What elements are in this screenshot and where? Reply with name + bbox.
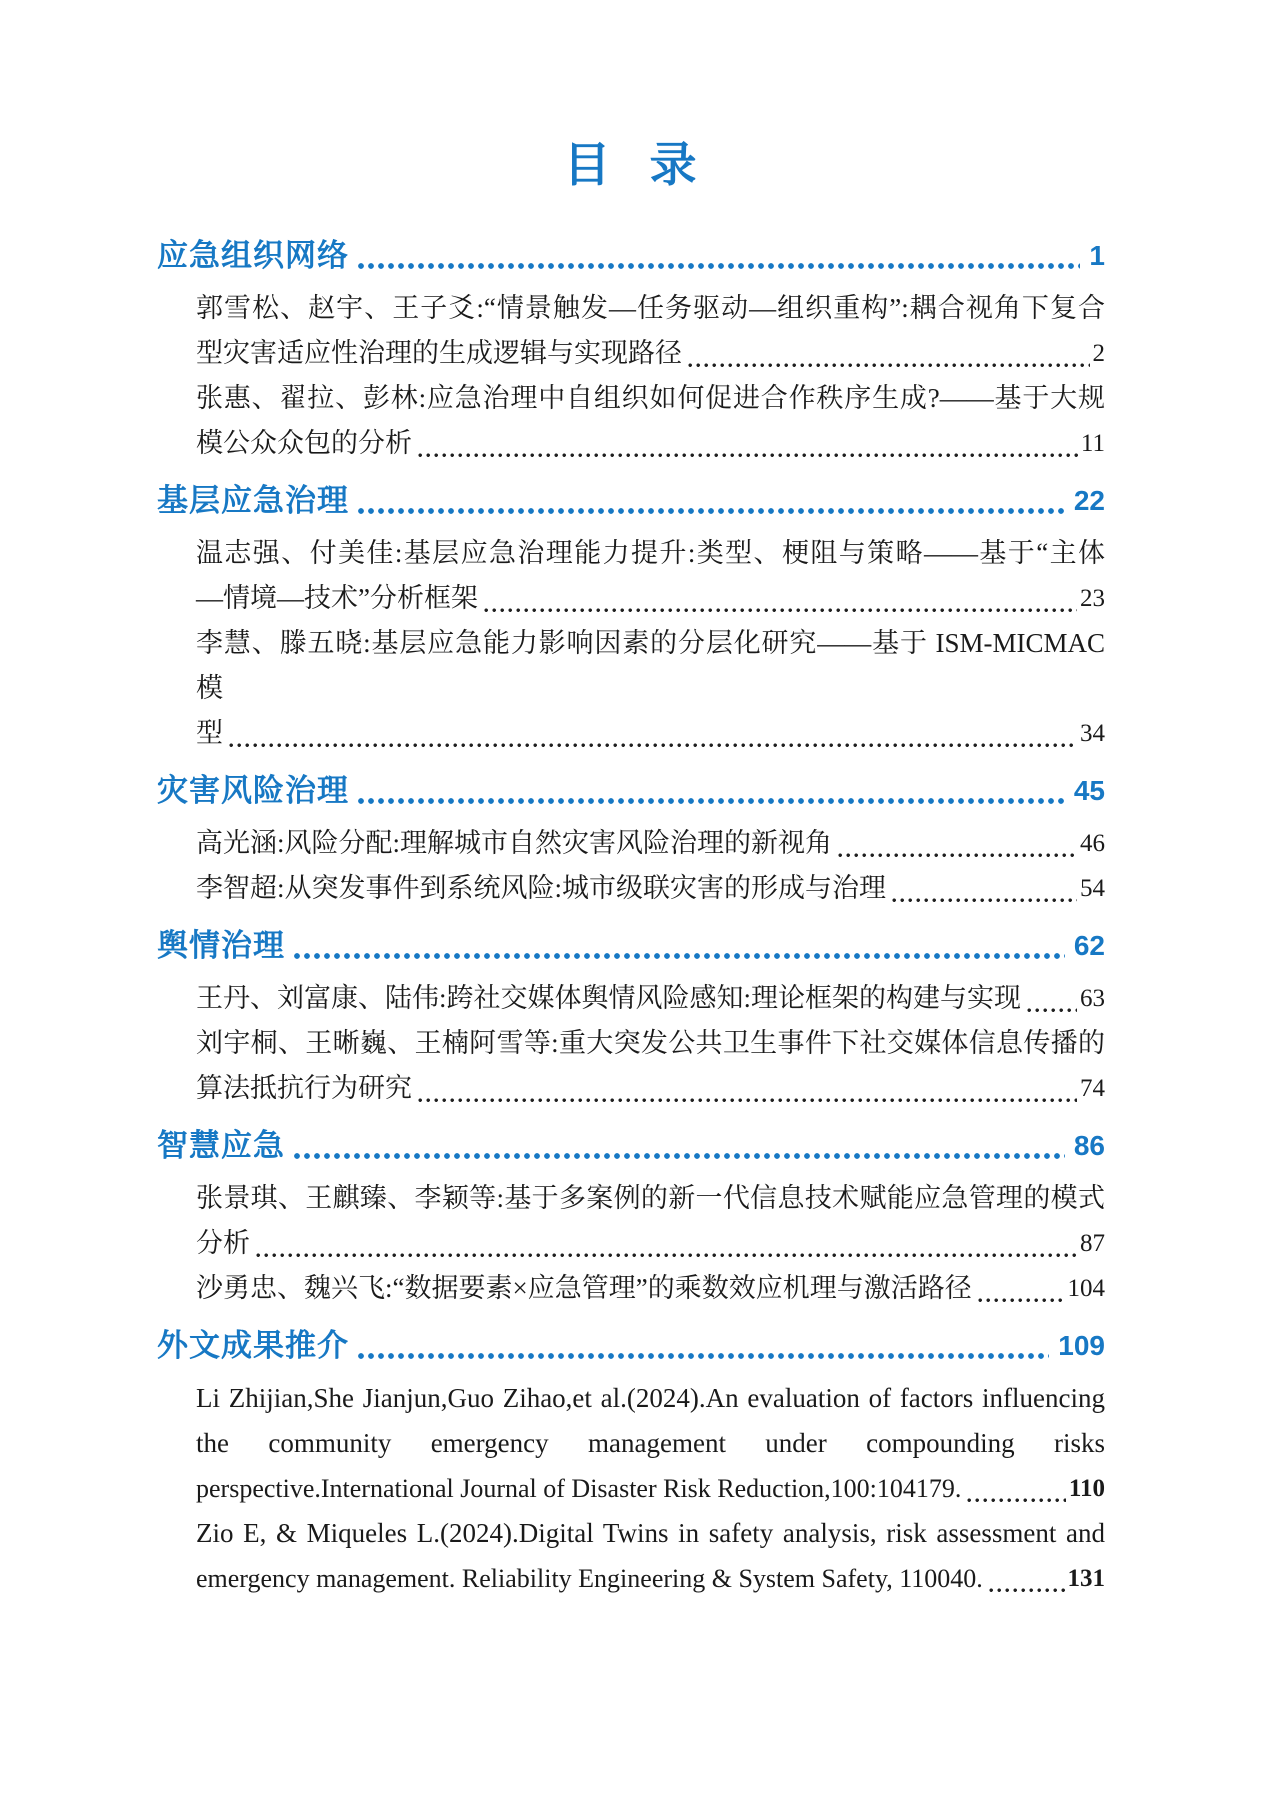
- toc-entry[interactable]: perspective.International Journal of Dis…: [196, 1466, 1105, 1511]
- dotted-leader: [357, 797, 1065, 806]
- toc-entry-text: 李智超:从突发事件到系统风险:城市级联灾害的形成与治理: [196, 866, 886, 911]
- entry-page-number: 23: [1080, 576, 1105, 621]
- dotted-leader: [293, 1152, 1065, 1161]
- toc-entry[interactable]: 算法抵抗行为研究74: [196, 1066, 1105, 1111]
- toc-entry-line[interactable]: Zio E, & Miqueles L.(2024).Digital Twins…: [196, 1511, 1105, 1556]
- dotted-leader: [484, 607, 1077, 614]
- dotted-leader: [357, 1352, 1049, 1361]
- section-page-number: 1: [1089, 233, 1105, 279]
- section-page-number: 45: [1074, 768, 1105, 814]
- toc-entry[interactable]: 李智超:从突发事件到系统风险:城市级联灾害的形成与治理54: [196, 866, 1105, 911]
- entry-page-number: 63: [1080, 976, 1105, 1021]
- document-page: 目 录 应急组织网络1郭雪松、赵宇、王子爻:“情景触发—任务驱动—组织重构”:耦…: [0, 0, 1280, 1810]
- table-of-contents: 应急组织网络1郭雪松、赵宇、王子爻:“情景触发—任务驱动—组织重构”:耦合视角下…: [157, 233, 1105, 1601]
- toc-entry-text: 高光涵:风险分配:理解城市自然灾害风险治理的新视角: [196, 821, 832, 866]
- toc-entry[interactable]: 模公众众包的分析11: [196, 421, 1105, 466]
- dotted-leader: [978, 1297, 1065, 1304]
- toc-section-heading[interactable]: 应急组织网络1: [157, 233, 1105, 279]
- toc-entry[interactable]: 型34: [196, 711, 1105, 756]
- toc-section-heading[interactable]: 基层应急治理22: [157, 478, 1105, 524]
- toc-entry[interactable]: —情境—技术”分析框架23: [196, 576, 1105, 621]
- dotted-leader: [418, 1097, 1077, 1104]
- toc-entry-line[interactable]: 刘宇桐、王晰巍、王楠阿雪等:重大突发公共卫生事件下社交媒体信息传播的: [196, 1021, 1105, 1066]
- dotted-leader: [892, 897, 1077, 904]
- toc-entry[interactable]: 沙勇忠、魏兴飞:“数据要素×应急管理”的乘数效应机理与激活路径104: [196, 1266, 1105, 1311]
- toc-entry-text: —情境—技术”分析框架: [196, 576, 478, 621]
- section-page-number: 62: [1074, 923, 1105, 969]
- toc-entry-line[interactable]: 张景琪、王麒臻、李颖等:基于多案例的新一代信息技术赋能应急管理的模式: [196, 1176, 1105, 1221]
- toc-entry-text: perspective.International Journal of Dis…: [196, 1466, 961, 1511]
- toc-section-heading[interactable]: 灾害风险治理45: [157, 768, 1105, 814]
- entry-page-number: 34: [1080, 711, 1105, 756]
- toc-entry-text: emergency management. Reliability Engine…: [196, 1556, 983, 1601]
- entry-page-number: 104: [1068, 1266, 1106, 1311]
- toc-entry-text: 型: [196, 711, 223, 756]
- section-title: 基层应急治理: [157, 478, 349, 524]
- dotted-leader: [1027, 1007, 1077, 1014]
- entry-page-number: 46: [1080, 821, 1105, 866]
- toc-entry-text: 王丹、刘富康、陆伟:跨社交媒体舆情风险感知:理论框架的构建与实现: [196, 976, 1021, 1021]
- section-title: 智慧应急: [157, 1123, 285, 1169]
- entry-page-number: 131: [1068, 1556, 1106, 1601]
- section-page-number: 22: [1074, 478, 1105, 524]
- toc-entry[interactable]: 高光涵:风险分配:理解城市自然灾害风险治理的新视角46: [196, 821, 1105, 866]
- dotted-leader: [838, 852, 1077, 859]
- toc-entry[interactable]: 型灾害适应性治理的生成逻辑与实现路径2: [196, 331, 1105, 376]
- toc-entry-text: 算法抵抗行为研究: [196, 1066, 412, 1111]
- dotted-leader: [293, 952, 1065, 961]
- toc-entry[interactable]: 分析87: [196, 1221, 1105, 1266]
- entry-page-number: 74: [1080, 1066, 1105, 1111]
- toc-entry-line[interactable]: Li Zhijian,She Jianjun,Guo Zihao,et al.(…: [196, 1376, 1105, 1421]
- entry-page-number: 54: [1080, 866, 1105, 911]
- dotted-leader: [357, 262, 1080, 271]
- dotted-leader: [418, 452, 1078, 459]
- toc-entry-text: 分析: [196, 1221, 250, 1266]
- section-title: 灾害风险治理: [157, 768, 349, 814]
- section-page-number: 109: [1058, 1323, 1105, 1369]
- toc-title: 目 录: [157, 133, 1105, 197]
- toc-entry-line[interactable]: 郭雪松、赵宇、王子爻:“情景触发—任务驱动—组织重构”:耦合视角下复合: [196, 286, 1105, 331]
- dotted-leader: [989, 1587, 1065, 1594]
- toc-entry-line[interactable]: 张惠、翟拉、彭林:应急治理中自组织如何促进合作秩序生成?——基于大规: [196, 376, 1105, 421]
- entry-page-number: 110: [1069, 1466, 1105, 1511]
- entry-page-number: 87: [1080, 1221, 1105, 1266]
- toc-section-heading[interactable]: 智慧应急86: [157, 1123, 1105, 1169]
- toc-entry-text: 沙勇忠、魏兴飞:“数据要素×应急管理”的乘数效应机理与激活路径: [196, 1266, 972, 1311]
- toc-section-heading[interactable]: 舆情治理62: [157, 923, 1105, 969]
- toc-entry[interactable]: emergency management. Reliability Engine…: [196, 1556, 1105, 1601]
- toc-entry-line[interactable]: 温志强、付美佳:基层应急治理能力提升:类型、梗阻与策略——基于“主体: [196, 531, 1105, 576]
- toc-section-heading[interactable]: 外文成果推介109: [157, 1323, 1105, 1369]
- dotted-leader: [688, 362, 1090, 369]
- dotted-leader: [229, 742, 1077, 749]
- section-title: 应急组织网络: [157, 233, 349, 279]
- entry-page-number: 11: [1081, 421, 1105, 466]
- section-page-number: 86: [1074, 1123, 1105, 1169]
- toc-entry-line[interactable]: 李慧、滕五晓:基层应急能力影响因素的分层化研究——基于 ISM-MICMAC 模: [196, 621, 1105, 711]
- toc-entry-line[interactable]: the community emergency management under…: [196, 1421, 1105, 1466]
- toc-entry-text: 模公众众包的分析: [196, 421, 412, 466]
- dotted-leader: [256, 1252, 1077, 1259]
- dotted-leader: [967, 1497, 1065, 1504]
- toc-entry-text: 型灾害适应性治理的生成逻辑与实现路径: [196, 331, 682, 376]
- entry-page-number: 2: [1093, 331, 1106, 376]
- section-title: 舆情治理: [157, 923, 285, 969]
- dotted-leader: [357, 507, 1065, 516]
- toc-entry[interactable]: 王丹、刘富康、陆伟:跨社交媒体舆情风险感知:理论框架的构建与实现63: [196, 976, 1105, 1021]
- section-title: 外文成果推介: [157, 1323, 349, 1369]
